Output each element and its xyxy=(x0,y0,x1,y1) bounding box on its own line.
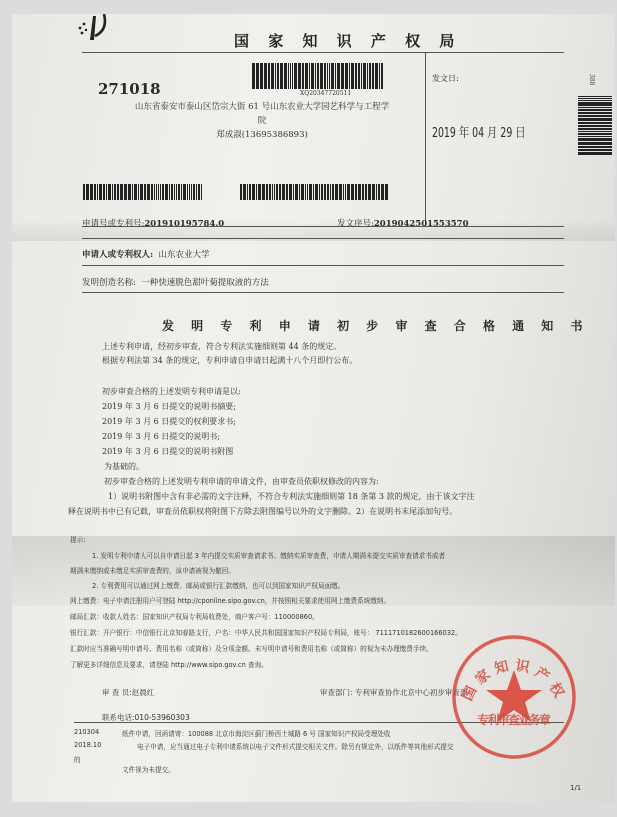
phone-label: 联系电话: xyxy=(102,713,135,722)
invention-name: 发明创造名称: 一种快速脱色甜叶菊提取液的方法 xyxy=(82,276,269,288)
cnipa-logo-icon xyxy=(74,14,114,44)
amend-text: 1）说明书附图中含有非必需的文字注释，不符合专利法实施细则第 18 条第 3 款… xyxy=(108,490,475,504)
basis-item: 2019 年 3 月 6 日提交的说明书; xyxy=(102,430,220,444)
barcode xyxy=(578,96,612,156)
svg-text:专利审查业务章: 专利审查业务章 xyxy=(477,712,551,727)
serial-number-label: 发文序号: xyxy=(337,219,374,229)
hint-line: 汇款时应当准确写明申请号、费用名称（或简称）及分项金额。未写明申请号和费用名称（… xyxy=(70,643,433,657)
page-number: 1/1 xyxy=(570,784,581,792)
examiner-label: 审 查 员: xyxy=(102,688,132,697)
invention-value: 一种快速脱色甜叶菊提取液的方法 xyxy=(141,278,269,288)
barcode xyxy=(83,184,203,200)
serial-number-value: 2019042501553570 xyxy=(374,219,469,229)
barcode xyxy=(240,184,389,200)
footer-line: 文件视为未提交。 xyxy=(122,764,175,774)
amend-text: 释在说明书中已有记载，审查员依职权将附图下方除去附图编号以外的文字删除。2）在说… xyxy=(68,505,457,519)
hints-label: 提示: xyxy=(70,534,85,548)
recipient-address: 山东省泰安市泰山区岱宗大街 61 号山东农业大学园艺科学与工程学 xyxy=(92,100,432,112)
footer-line: 电子申请，应当通过电子专利申请系统以电子文件形式提交相关文件。除另有规定外，以纸… xyxy=(137,741,454,751)
paragraph: 上述专利申请，经初步审查，符合专利法实施细则第 44 条的规定。 xyxy=(102,340,341,354)
divider xyxy=(82,52,564,53)
basis-item: 2019 年 3 月 6 日提交的权利要求书; xyxy=(102,415,236,429)
paragraph: 根据专利法第 34 条的规定，专利申请自申请日起满十八个月即行公布。 xyxy=(102,354,357,368)
footer-line: 纸件申请，回函请寄：100088 北京市海淀区蓟门桥西土城路 6 号 国家知识产… xyxy=(122,728,391,738)
basis-item: 2019 年 3 月 6 日提交的说明书摘要; xyxy=(102,400,236,414)
barcode-label: XQ20347720511 xyxy=(300,90,351,97)
application-number-label: 申请号或专利号: xyxy=(82,219,144,229)
form-suffix: 的 xyxy=(74,754,81,764)
department-label: 审查部门: xyxy=(320,688,353,697)
examiner: 审 查 员:赵晨红 xyxy=(102,686,154,700)
application-number-value: 201910195784.0 xyxy=(144,219,224,229)
form-date: 2018.10 xyxy=(74,741,101,749)
application-number: 申请号或专利号:201910195784.0 xyxy=(82,217,224,229)
issue-date-label: 发文日: xyxy=(432,73,459,84)
divider xyxy=(82,292,564,293)
basis-intro: 初步审查合格的上述发明专利申请是以: xyxy=(102,385,241,399)
serial-number: 发文序号:2019042501553570 xyxy=(337,217,469,229)
recipient-name: 郑成淑(13695386893) xyxy=(92,128,432,140)
applicant-label: 申请人或专利权人: xyxy=(82,250,153,260)
hint-line: 网上缴费：电子申请注册用户可登陆 http://cponline.sipo.go… xyxy=(70,595,390,609)
official-seal-icon: 国家知识产权局 专利审查业务章 xyxy=(449,632,579,762)
hint-line: 银行汇款：开户银行：中信银行北京知春路支行，户名：中华人民共和国国家知识产权局专… xyxy=(70,627,462,641)
phone-value: 010-53960303 xyxy=(135,713,190,722)
form-code: 210304 xyxy=(74,728,99,736)
side-code: 388 xyxy=(588,74,595,85)
issue-date: 2019 年 04 月 29 日 xyxy=(432,122,526,141)
amend-intro: 初步审查合格的上述发明专利申请的申请文件，由审查员依职权修改的内容为: xyxy=(104,475,379,489)
notice-title: 发 明 专 利 申 请 初 步 审 查 合 格 通 知 书 xyxy=(162,317,589,334)
department: 审查部门: 专利审查协作北京中心初步审查部 xyxy=(320,686,467,700)
recipient-address-cont: 院 xyxy=(92,114,432,126)
basis-outro: 为基础的。 xyxy=(104,460,144,474)
hint-line: 2. 专利费用可以通过网上缴费、邮局或银行汇款缴纳，也可以到国家知识产权局面缴。 xyxy=(92,580,344,594)
examiner-name: 赵晨红 xyxy=(132,688,155,697)
office-name: 国 家 知 识 产 权 局 xyxy=(234,30,461,51)
applicant-value: 山东农业大学 xyxy=(159,250,210,260)
hint-line: 期满未缴纳或未缴足实质审查费的，该申请被视为撤回。 xyxy=(70,565,235,579)
applicant: 申请人或专利权人: 山东农业大学 xyxy=(82,248,210,260)
divider xyxy=(82,238,564,239)
invention-label: 发明创造名称: xyxy=(82,278,136,288)
notice-document: 国 家 知 识 产 权 局 271018 XQ20347720511 山东省泰安… xyxy=(12,14,615,802)
divider xyxy=(82,265,564,266)
barcode xyxy=(252,63,384,89)
hint-line: 邮局汇款：收款人姓名：国家知识产权局专利局收费处，商户客户号：110000860… xyxy=(70,611,319,625)
postcode: 271018 xyxy=(98,80,161,98)
hint-line: 1. 发明专利申请人可以自申请日起 3 年内提交实质审查请求书、缴纳实质审查费，… xyxy=(92,550,445,564)
hint-line: 了解更多详细信息及要求，请登陆 http://www.sipo.gov.cn 查… xyxy=(70,659,268,673)
basis-item: 2019 年 3 月 6 日提交的说明书附图 xyxy=(102,445,233,459)
